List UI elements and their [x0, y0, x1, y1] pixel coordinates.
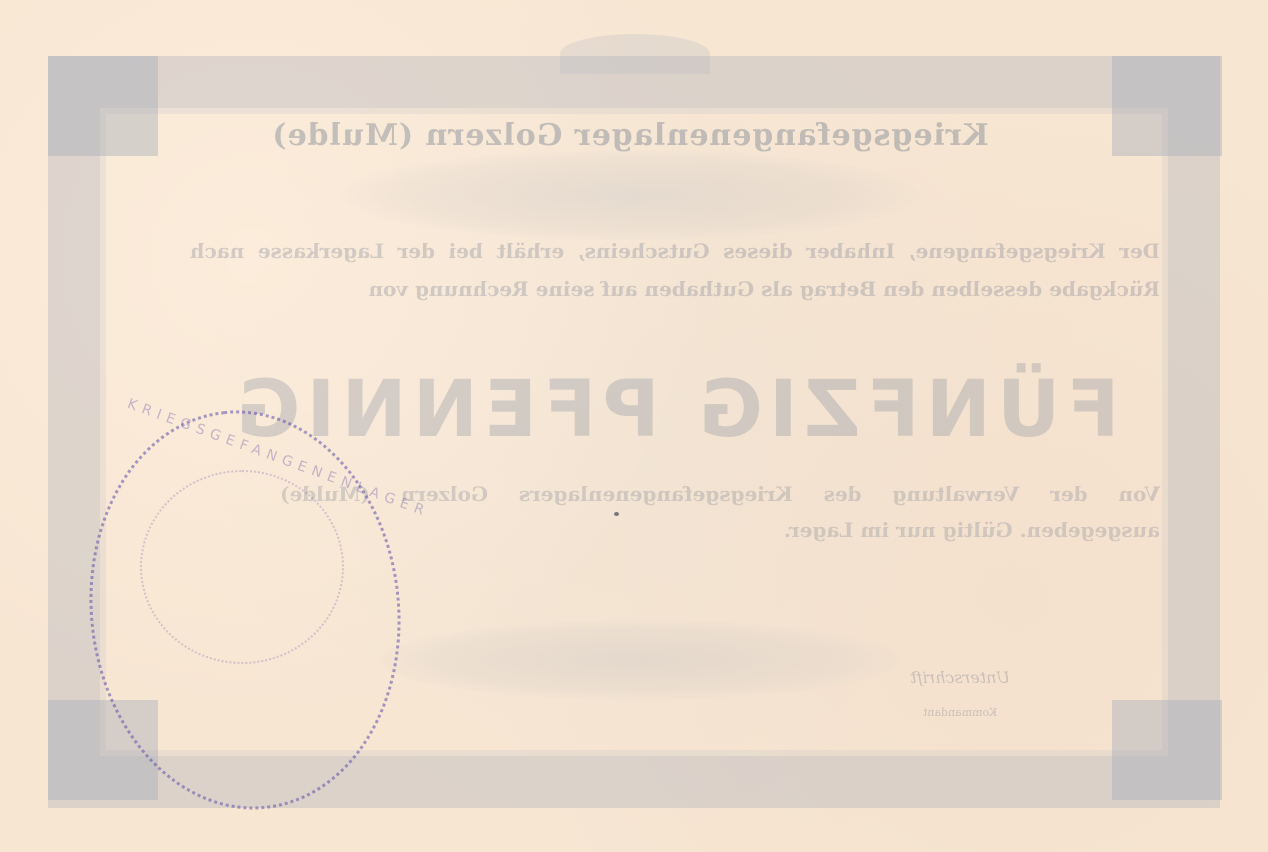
ink-speck	[614, 512, 619, 516]
banknote-reverse: Kriegsgefangenenlager Golzern (Mulde) De…	[0, 0, 1268, 852]
mirrored-signature: Unterschrift	[900, 668, 1020, 687]
stamp-inner-ring	[140, 470, 344, 664]
mirrored-denomination: FÜNFZIG PFENNIG	[190, 365, 1160, 455]
corner-block-top-right	[1112, 56, 1222, 156]
mirrored-title: Kriegsgefangenenlager Golzern (Mulde)	[180, 118, 1080, 153]
mirrored-signature-caption: Kommandant	[900, 706, 1020, 719]
ornament-top	[340, 150, 920, 240]
mirrored-body-text: Der Kriegsgefangene, Inhaber dieses Guts…	[190, 232, 1160, 308]
corner-block-top-left	[48, 56, 158, 156]
corner-block-bottom-right	[1112, 700, 1222, 800]
ornament-bottom	[380, 620, 900, 700]
